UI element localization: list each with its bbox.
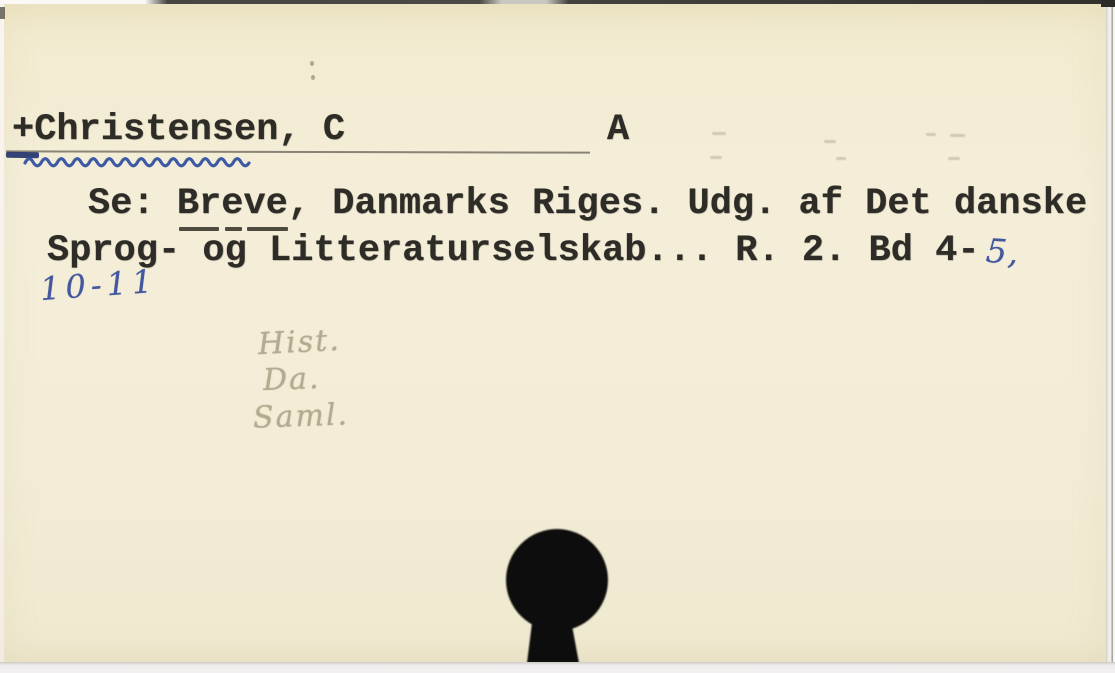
- scan-top-edge: [0, 0, 1115, 4]
- pencil-note-hist: Hist.: [257, 323, 341, 362]
- scan-bottom-edge: [0, 662, 1115, 673]
- wavy-underline: [0, 148, 280, 174]
- ghost-dash: [710, 156, 722, 159]
- ghost-dash: [926, 133, 936, 136]
- ghost-dash: [824, 140, 836, 143]
- scan-right-edge: [1106, 0, 1115, 673]
- scan-right-corner-mark: [1101, 0, 1115, 7]
- reference-line-2: Sprog- og Litteraturselskab... R. 2. Bd …: [47, 233, 980, 270]
- filing-letter: A: [607, 112, 629, 149]
- handwritten-volume-number: 5,: [985, 231, 1021, 272]
- ghost-dash: [836, 157, 846, 160]
- catalog-card-scan: +Christensen, C A Se: Breve, Danmarks Ri…: [0, 0, 1115, 673]
- pencil-note-saml: Saml.: [252, 397, 349, 435]
- scan-left-mark: [0, 7, 5, 19]
- ghost-dot: [310, 61, 314, 66]
- scan-left-edge: [0, 0, 4, 673]
- ghost-dash: [950, 134, 965, 137]
- heading-entry-name: +Christensen, C: [12, 112, 345, 149]
- punch-hole-keyhole-icon: [480, 515, 640, 665]
- reference-line-1-rest: , Danmarks Riges. Udg. af Det danske: [288, 183, 1087, 225]
- referenced-title: Breve: [177, 183, 288, 225]
- reference-line-1: Se: Breve, Danmarks Riges. Udg. af Det d…: [88, 186, 1087, 223]
- ghost-dash: [712, 132, 726, 135]
- ghost-dot: [311, 75, 315, 80]
- ghost-dash: [948, 157, 960, 160]
- see-prefix: Se:: [88, 183, 177, 225]
- pencil-note-da: Da.: [262, 361, 321, 398]
